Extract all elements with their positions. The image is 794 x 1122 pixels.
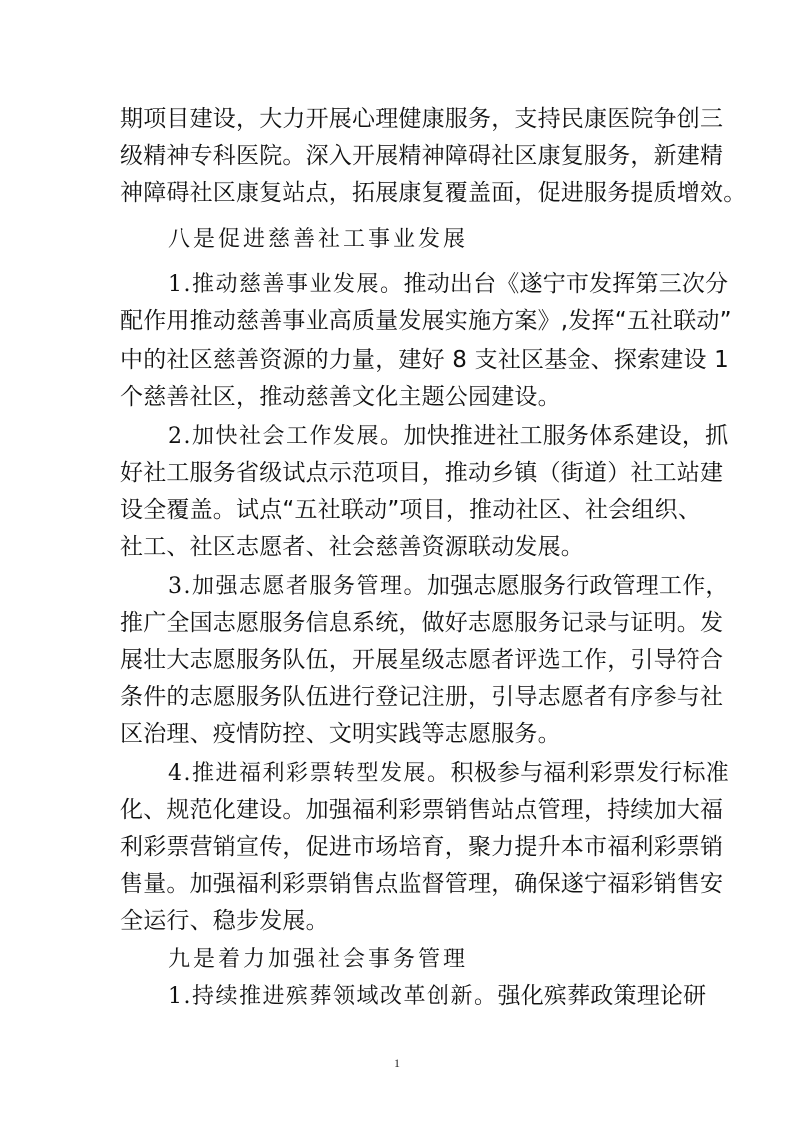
- item-first-line: 1.推动慈善事业发展。推动出台《遂宁市发挥第三次分: [168, 266, 700, 303]
- page-number: 1: [0, 1056, 794, 1071]
- item-text: 推动出台《遂宁市发挥第三次分: [404, 271, 729, 297]
- item-lead: 4.推进福利彩票转型发展。: [168, 761, 451, 786]
- section-heading-8: 八是促进慈善社工事业发展: [168, 221, 700, 258]
- paragraph-line: 好社工服务省级试点示范项目，推动乡镇（街道）社工站建: [120, 455, 700, 492]
- item-text: 加强志愿服务行政管理工作，: [427, 573, 729, 599]
- paragraph-line: 设全覆盖。试点“五社联动”项目，推动社区、社会组织、: [120, 492, 700, 529]
- paragraph-line: 售量。加强福利彩票销售点监督管理，确保遂宁福彩销售安: [120, 866, 700, 903]
- section-heading-9: 九是着力加强社会事务管理: [168, 941, 700, 978]
- item-lead: 1.持续推进殡葬领域改革创新。: [168, 984, 498, 1009]
- paragraph-line: 利彩票营销宣传，促进市场培育，聚力提升本市福利彩票销: [120, 829, 700, 866]
- paragraph-line: 期项目建设，大力开展心理健康服务，支持民康医院争创三: [120, 101, 700, 138]
- item-first-line: 4.推进福利彩票转型发展。积极参与福利彩票发行标准: [168, 755, 700, 792]
- paragraph-line: 神障碍社区康复站点，拓展康复覆盖面，促进服务提质增效。: [120, 175, 700, 212]
- paragraph-line: 个慈善社区，推动慈善文化主题公园建设。: [120, 379, 700, 416]
- document-page: 期项目建设，大力开展心理健康服务，支持民康医院争创三 级精神专科医院。深入开展精…: [0, 0, 794, 1122]
- item-text: 积极参与福利彩票发行标准: [451, 760, 729, 786]
- item-first-line: 3.加强志愿者服务管理。加强志愿服务行政管理工作，: [168, 568, 700, 605]
- paragraph-line: 推广全国志愿服务信息系统，做好志愿服务记录与证明。发: [120, 605, 700, 642]
- item-text: 强化殡葬政策理论研: [498, 983, 707, 1009]
- item-text: 加快推进社工服务体系建设，抓: [404, 423, 729, 449]
- paragraph-line: 配作用推动慈善事业高质量发展实施方案》,发挥“五社联动”: [120, 303, 700, 340]
- paragraph-line: 中的社区慈善资源的力量，建好 8 支社区基金、探索建设 1: [120, 342, 700, 379]
- item-first-line: 1.持续推进殡葬领域改革创新。强化殡葬政策理论研: [168, 978, 700, 1015]
- paragraph-line: 展壮大志愿服务队伍，开展星级志愿者评选工作，引导符合: [120, 642, 700, 679]
- item-lead: 3.加强志愿者服务管理。: [168, 574, 427, 599]
- item-first-line: 2.加快社会工作发展。加快推进社工服务体系建设，抓: [168, 418, 700, 455]
- item-lead: 2.加快社会工作发展。: [168, 424, 404, 449]
- paragraph-line: 全运行、稳步发展。: [120, 903, 700, 940]
- paragraph-line: 化、规范化建设。加强福利彩票销售站点管理，持续加大福: [120, 792, 700, 829]
- paragraph-line: 社工、社区志愿者、社会慈善资源联动发展。: [120, 529, 700, 566]
- paragraph-line: 条件的志愿服务队伍进行登记注册，引导志愿者有序参与社: [120, 679, 700, 716]
- paragraph-line: 区治理、疫情防控、文明实践等志愿服务。: [120, 716, 700, 753]
- item-lead: 1.推动慈善事业发展。: [168, 272, 404, 297]
- paragraph-line: 级精神专科医院。深入开展精神障碍社区康复服务，新建精: [120, 138, 700, 175]
